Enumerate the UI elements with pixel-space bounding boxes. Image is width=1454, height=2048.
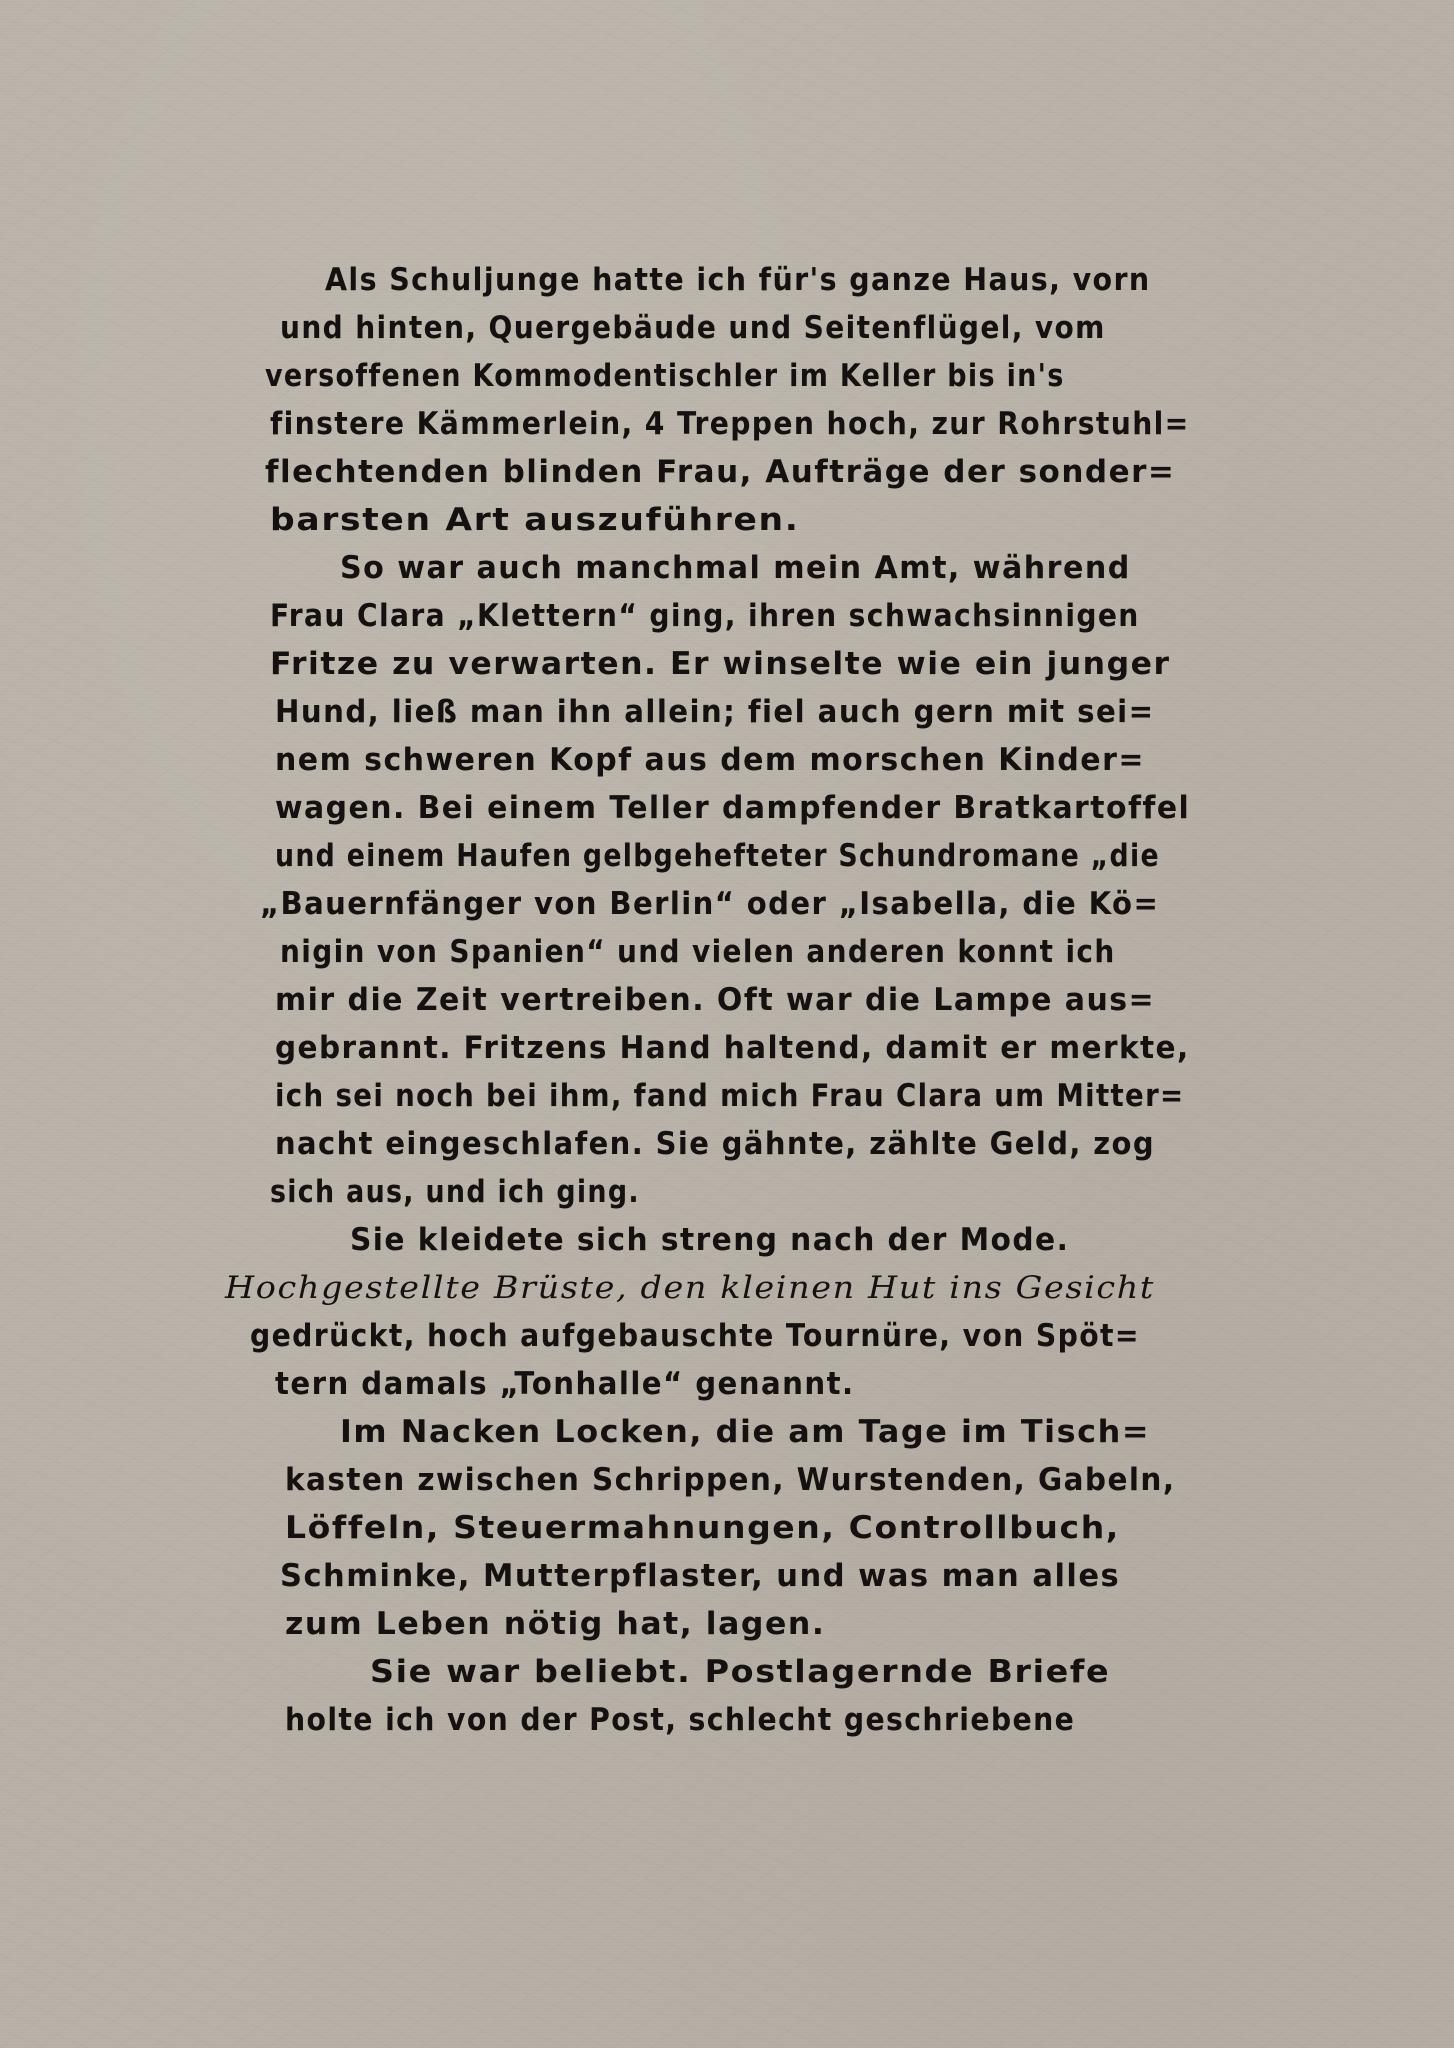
text-line: holte ich von der Post, schlecht geschri… bbox=[285, 1700, 1075, 1740]
text-line: und einem Haufen gelbgehefteter Schundro… bbox=[275, 836, 1160, 876]
handwritten-text-block: Als Schuljunge hatte ich für's ganze Hau… bbox=[0, 0, 1454, 2048]
text-line: wagen. Bei einem Teller dampfender Bratk… bbox=[275, 788, 1190, 828]
text-line: nigin von Spanien“ und vielen anderen ko… bbox=[280, 932, 1116, 972]
text-line-inserted: Hochgestellte Brüste, den kleinen Hut in… bbox=[225, 1268, 1155, 1308]
text-line: Sie kleidete sich streng nach der Mode. bbox=[350, 1220, 1069, 1260]
text-line: versoffenen Kommodentischler im Keller b… bbox=[265, 356, 1065, 396]
text-line: flechtenden blinden Frau, Aufträge der s… bbox=[265, 452, 1175, 492]
text-line: kasten zwischen Schrippen, Wurstenden, G… bbox=[285, 1460, 1175, 1500]
text-line: und hinten, Quergebäude und Seitenflügel… bbox=[280, 308, 1106, 348]
text-line: So war auch manchmal mein Amt, während bbox=[340, 548, 1131, 588]
text-line: Im Nacken Locken, die am Tage im Tisch= bbox=[340, 1412, 1150, 1452]
text-line: gebrannt. Fritzens Hand haltend, damit e… bbox=[275, 1028, 1190, 1068]
text-line: gedrückt, hoch aufgebauschte Tournüre, v… bbox=[250, 1316, 1140, 1356]
text-line: Als Schuljunge hatte ich für's ganze Hau… bbox=[325, 260, 1151, 300]
text-line: mir die Zeit vertreiben. Oft war die Lam… bbox=[275, 980, 1155, 1020]
text-line: nem schweren Kopf aus dem morschen Kinde… bbox=[275, 740, 1145, 780]
text-line: Sie war beliebt. Postlagernde Briefe bbox=[370, 1652, 1110, 1692]
text-line: ich sei noch bei ihm, fand mich Frau Cla… bbox=[275, 1076, 1185, 1116]
text-line: Hund, ließ man ihn allein; fiel auch ger… bbox=[275, 692, 1155, 732]
text-line: finstere Kämmerlein, 4 Treppen hoch, zur… bbox=[270, 404, 1190, 444]
text-line: nacht eingeschlafen. Sie gähnte, zählte … bbox=[275, 1124, 1155, 1164]
text-line: Frau Clara „Klettern“ ging, ihren schwac… bbox=[270, 596, 1140, 636]
text-line: Fritze zu verwarten. Er winselte wie ein… bbox=[270, 644, 1171, 684]
text-line: Schminke, Mutterpflaster, und was man al… bbox=[280, 1556, 1120, 1596]
manuscript-paper: Als Schuljunge hatte ich für's ganze Hau… bbox=[0, 0, 1454, 2048]
text-line: Löffeln, Steuermahnungen, Controllbuch, bbox=[285, 1508, 1120, 1548]
text-line: sich aus, und ich ging. bbox=[270, 1172, 640, 1212]
text-line: tern damals „Tonhalle“ genannt. bbox=[275, 1364, 855, 1404]
text-line: barsten Art auszuführen. bbox=[270, 500, 800, 540]
text-line: „Bauernfänger von Berlin“ oder „Isabella… bbox=[260, 884, 1159, 924]
text-line: zum Leben nötig hat, lagen. bbox=[285, 1604, 825, 1644]
